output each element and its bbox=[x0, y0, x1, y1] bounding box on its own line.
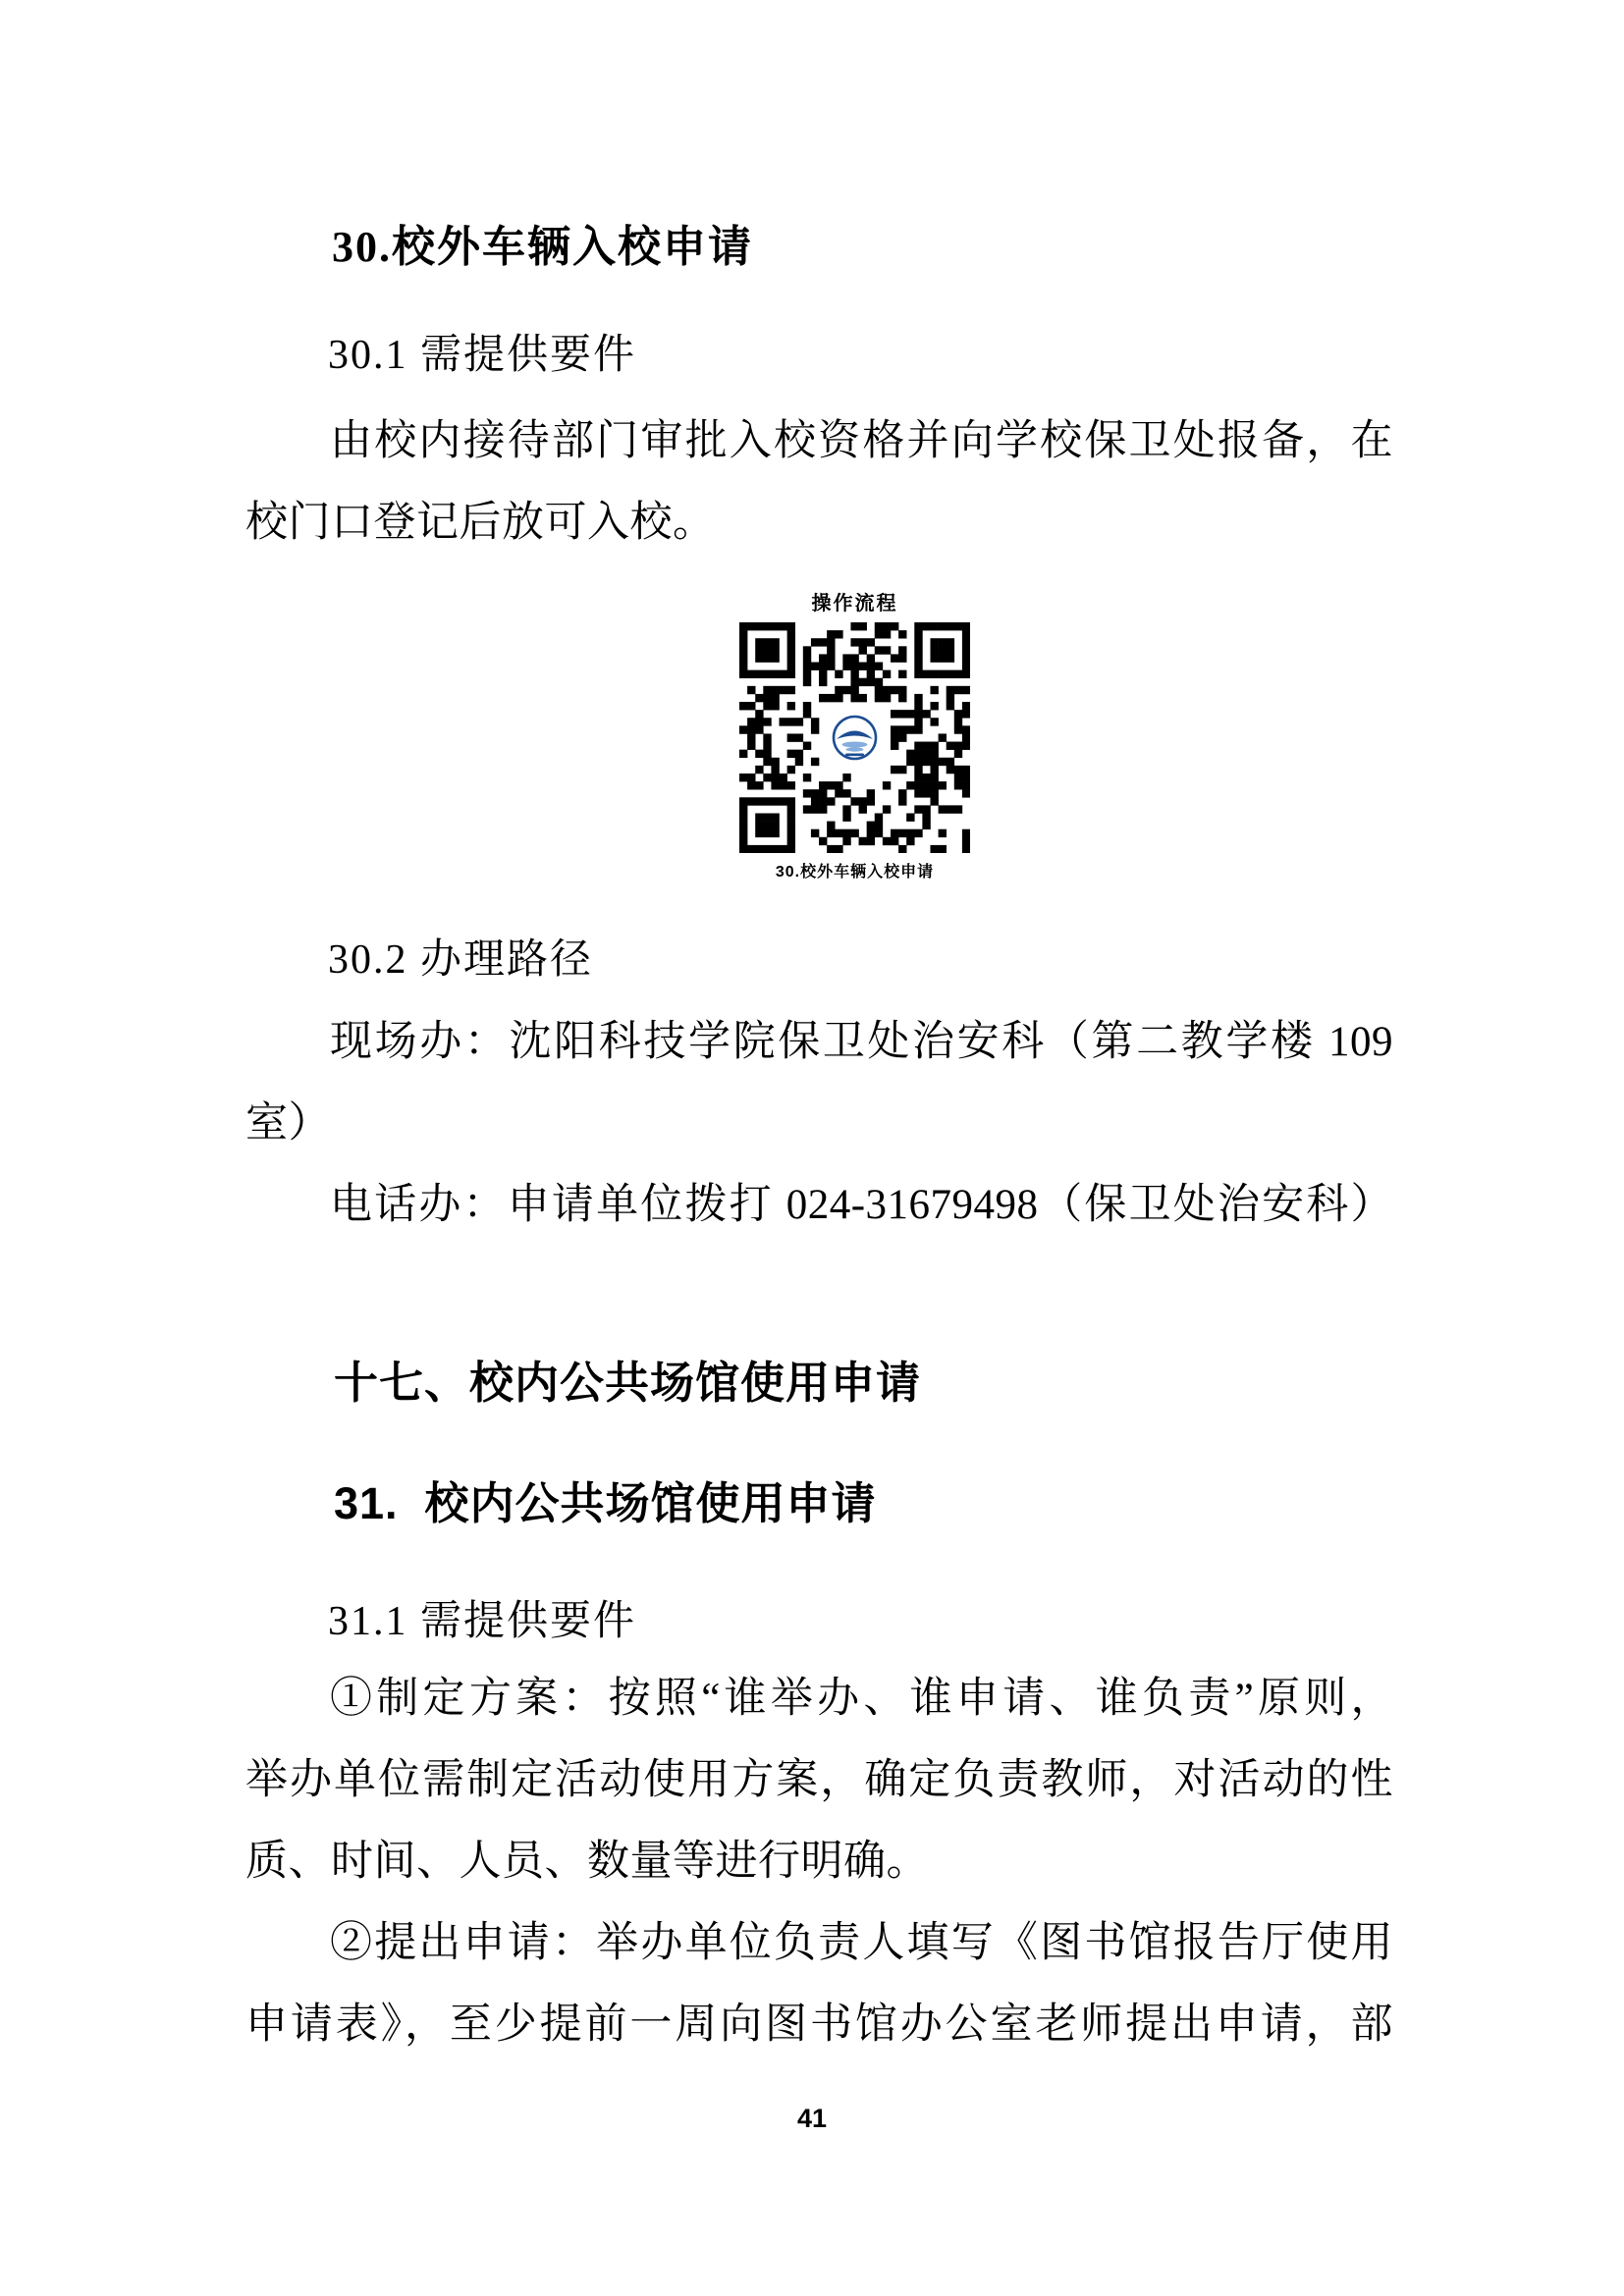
text-line: 现场办：沈阳科技学院保卫处治安科（第二教学楼 109 bbox=[245, 1001, 1393, 1083]
section-30-1-title: 30.1 需提供要件 bbox=[245, 326, 1393, 385]
section-31-1-title: 31.1 需提供要件 bbox=[245, 1592, 1393, 1651]
chapter-17-title: 十七、校内公共场馆使用申请 bbox=[245, 1354, 1393, 1413]
qr-label: 操作流程 bbox=[281, 590, 1429, 617]
text-line: 由校内接待部门审批入校资格并向学校保卫处报备，在 bbox=[245, 400, 1393, 482]
text-line: 电话办：申请单位拨打 024-31679498（保卫处治安科） bbox=[245, 1164, 1393, 1246]
text-line: 申请表》，至少提前一周向图书馆办公室老师提出申请，部 bbox=[245, 1984, 1393, 2065]
page-number: 41 bbox=[0, 2104, 1624, 2133]
paragraph-30-2-phone: 电话办：申请单位拨打 024-31679498（保卫处治安科） bbox=[245, 1164, 1393, 1246]
qr-caption: 30.校外车辆入校申请 bbox=[281, 861, 1429, 884]
section-30-2-title: 30.2 办理路径 bbox=[245, 931, 1393, 989]
paragraph-30-2-onsite: 现场办：沈阳科技学院保卫处治安科（第二教学楼 109 室） bbox=[245, 1001, 1393, 1164]
section-30-title: 30.校外车辆入校申请 bbox=[245, 218, 1393, 277]
paragraph-31-1-item2: ②提出申请：举办单位负责人填写《图书馆报告厅使用 申请表》，至少提前一周向图书馆… bbox=[245, 1902, 1393, 2065]
qr-block: 操作流程 30.校外车辆入校申请 bbox=[281, 590, 1429, 884]
text-line: ②提出申请：举办单位负责人填写《图书馆报告厅使用 bbox=[245, 1902, 1393, 1984]
document-page: 30.校外车辆入校申请 30.1 需提供要件 由校内接待部门审批入校资格并向学校… bbox=[0, 0, 1624, 2296]
paragraph-31-1-item1: ①制定方案：按照“谁举办、谁申请、谁负责”原则， 举办单位需制定活动使用方案，确… bbox=[245, 1658, 1393, 1902]
paragraph-30-1-body: 由校内接待部门审批入校资格并向学校保卫处报备，在 校门口登记后放可入校。 bbox=[245, 400, 1393, 563]
text-line: 校门口登记后放可入校。 bbox=[245, 482, 1393, 563]
text-line: ①制定方案：按照“谁举办、谁申请、谁负责”原则， bbox=[245, 1658, 1393, 1739]
text-line: 质、时间、人员、数量等进行明确。 bbox=[245, 1821, 1393, 1902]
section-31-title: 31. 校内公共场馆使用申请 bbox=[245, 1474, 1393, 1533]
qr-code bbox=[739, 622, 970, 853]
text-line: 举办单位需制定活动使用方案，确定负责教师，对活动的性 bbox=[245, 1739, 1393, 1821]
text-line: 室） bbox=[245, 1083, 1393, 1164]
